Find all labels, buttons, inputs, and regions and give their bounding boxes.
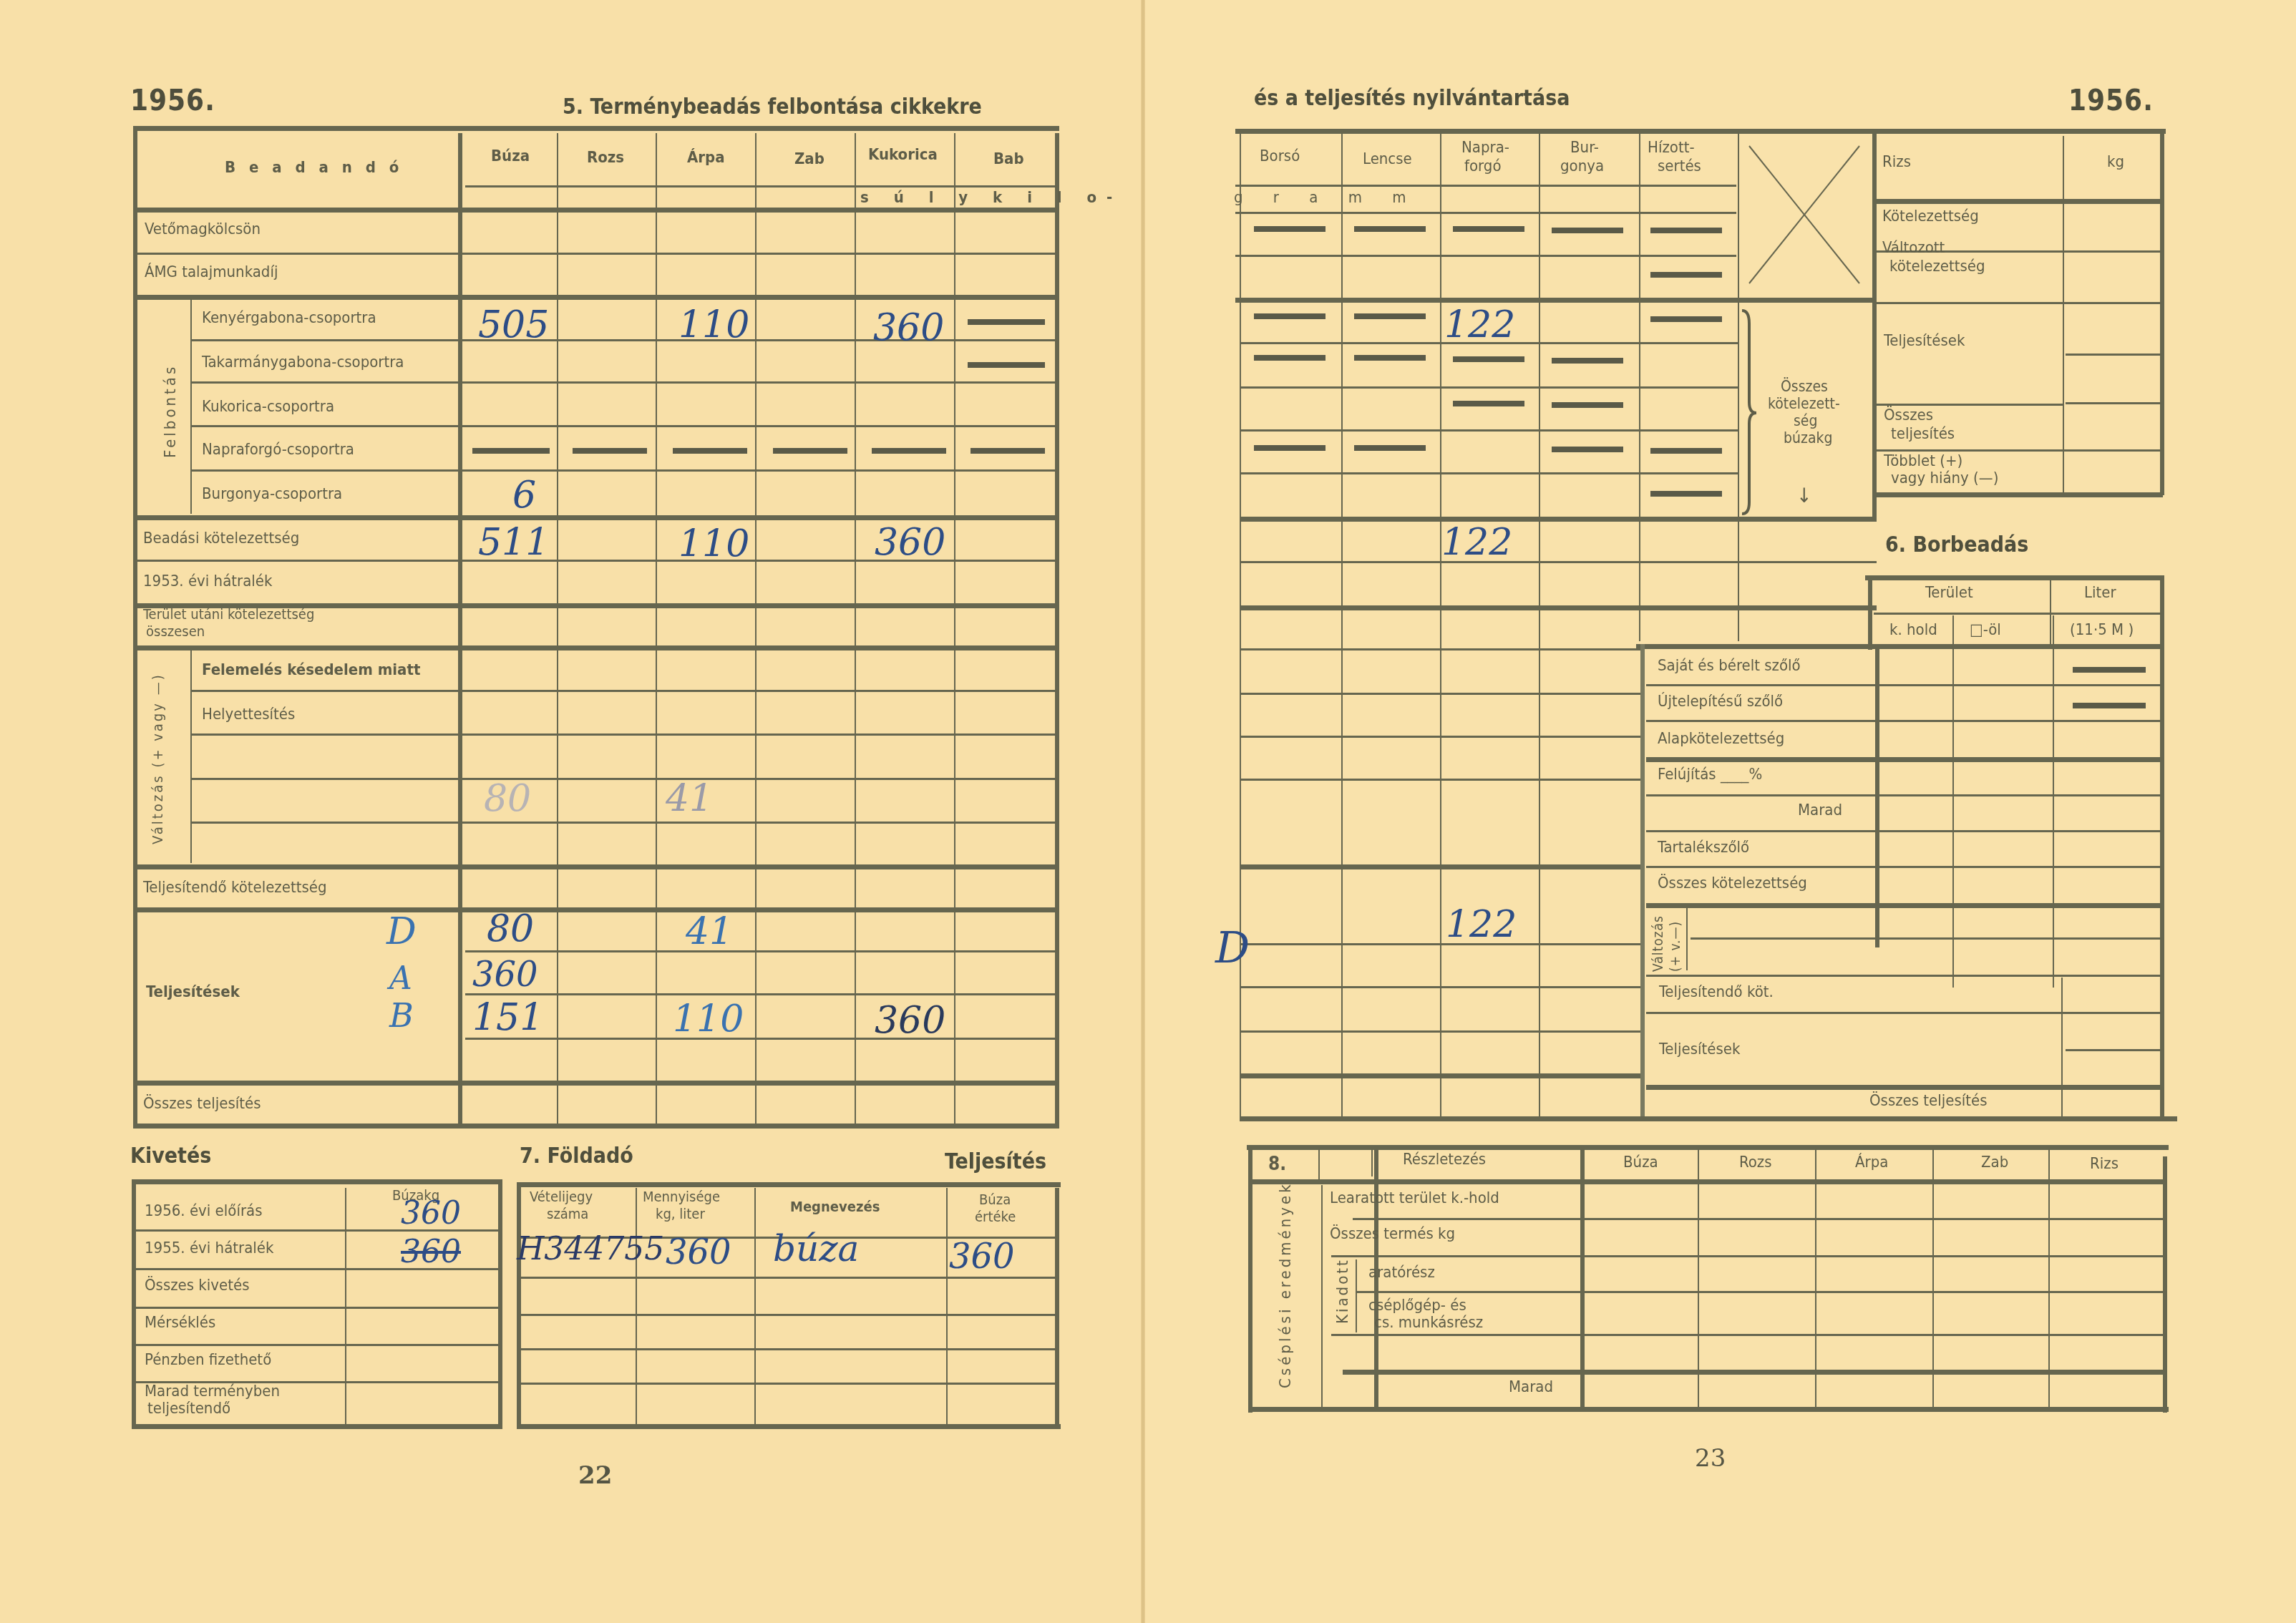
row-osszes-teljesites: Összes teljesítés	[143, 1095, 261, 1113]
t8-row-marad: Marad	[1509, 1378, 1553, 1396]
row-helyettesites: Helyettesítés	[202, 706, 295, 723]
left-page	[0, 0, 1144, 1623]
teljesites-title: Teljesítés	[945, 1149, 1046, 1174]
rizs-row-osszes-l1: Összes	[1884, 406, 1933, 424]
col-burgonya-l1: Bur-	[1570, 139, 1599, 157]
col-hizottsertes-l2: sertés	[1658, 157, 1701, 175]
hw-napraforgo-kenyer: 122	[1444, 303, 1515, 346]
t8-row-learatott: Learatott terület k.-hold	[1330, 1189, 1499, 1207]
col-buza: Búza	[491, 147, 530, 165]
bracket-icon	[1739, 309, 1761, 517]
kivetes-row-marad-l2: teljesítendő	[147, 1400, 230, 1418]
kivetes-row-marad-l1: Marad terményben	[145, 1383, 280, 1400]
arrow-down-icon: ↓	[1796, 484, 1811, 507]
rizs-row-tobblet-l2: vagy hiány (—)	[1891, 469, 1998, 487]
col-arpa: Árpa	[687, 149, 725, 167]
foldado-col-vetelijegy-l1: Vételijegy	[530, 1188, 593, 1205]
rizs-row-osszes-l2: teljesítés	[1891, 425, 1955, 443]
t8-col-zab: Zab	[1981, 1154, 2008, 1171]
foldado-col-buza-l1: Búza	[979, 1191, 1011, 1208]
hw-valtozas-arpa-faded: 41	[666, 777, 713, 820]
rizs-header: Rizs	[1882, 153, 1911, 171]
row-terulet-line1: Terület utáni kötelezettség	[143, 605, 314, 623]
bor-row-teljesitendo: Teljesítendő köt.	[1659, 983, 1774, 1001]
rizs-row-teljesitesek: Teljesítések	[1884, 332, 1965, 350]
t8-side-cseplesi: Cséplési eredmények	[1277, 1181, 1295, 1388]
rizs-row-valtozott-l2: kötelezettség	[1889, 258, 1985, 276]
bor-row-marad: Marad	[1798, 801, 1842, 819]
bor-sub-negyszogol: □-öl	[1970, 621, 2001, 639]
bracket-label-l4: búzakg	[1784, 429, 1832, 447]
na-dash	[968, 319, 1045, 325]
foldado-col-mennyiseg-l2: kg, liter	[656, 1205, 705, 1222]
col-kukorica: Kukorica	[868, 146, 938, 164]
t8-col-rizs: Rizs	[2090, 1155, 2119, 1173]
hw-beadasi-arpa: 110	[678, 522, 749, 565]
hw-beadasi-kukorica: 360	[875, 521, 945, 564]
hw-telj1-arpa: 41	[686, 910, 733, 953]
col-napraforgo-l2: forgó	[1464, 157, 1502, 175]
kivetes-title: Kivetés	[130, 1144, 211, 1169]
unit-gramm: g r a m m	[1234, 189, 1419, 207]
hw-telj3-arpa: 110	[673, 998, 744, 1040]
group-felbontas: Felbontás	[162, 364, 180, 458]
bor-valtozas-l1: Változás	[1650, 915, 1666, 972]
page-number-23: 23	[1695, 1444, 1726, 1473]
hw-burgonya-buza: 6	[512, 474, 536, 517]
unit-sulykilo: s ú l y k i l o-	[860, 189, 1122, 207]
year-left: 1956.	[130, 84, 215, 117]
na-dash	[472, 448, 550, 454]
t8-col-rozs: Rozs	[1739, 1154, 1772, 1171]
row-1953-hatralek: 1953. évi hátralék	[143, 572, 272, 590]
rizs-row-kotelezettseg: Kötelezettség	[1882, 208, 1979, 225]
hw-beadasi-buza: 511	[478, 521, 549, 564]
row-burgonya-csoport: Burgonya-csoportra	[202, 485, 342, 503]
t8-side-kiadott: Kiadott	[1334, 1258, 1352, 1324]
col-borso: Borsó	[1260, 147, 1300, 165]
hw-napraforgo-beadasi: 122	[1441, 521, 1512, 564]
bor-col-terulet: Terület	[1925, 584, 1973, 602]
row-beadasi-kotelezettseg: Beadási kötelezettség	[143, 530, 299, 547]
col-napraforgo-l1: Napra-	[1461, 139, 1509, 157]
page-number-22: 22	[578, 1461, 612, 1490]
foldado-title: 7. Földadó	[520, 1144, 633, 1169]
bor-valtozas-l2: (+ v.—)	[1668, 921, 1683, 972]
hw-telj1-buza: 80	[487, 907, 534, 950]
bor-row-ujtelepitesu: Újtelepítésű szőlő	[1658, 693, 1783, 711]
bor-row-osszes-kotelezettseg: Összes kötelezettség	[1658, 874, 1807, 892]
row-felemeles: Felemelés késedelem miatt	[202, 661, 420, 679]
book-spine	[1141, 0, 1145, 1623]
col-lencse: Lencse	[1363, 150, 1412, 168]
na-dash	[673, 448, 747, 454]
hw-mennyiseg: 360	[666, 1232, 731, 1272]
hw-telj-mark-d: D	[386, 910, 417, 953]
foldado-col-megnevezes: Megnevezés	[790, 1198, 880, 1215]
row-kukorica-csoport: Kukorica-csoportra	[202, 398, 334, 416]
t8-row-cseplo-l1: cséplőgép- és	[1368, 1297, 1466, 1315]
row-amg: ÁMG talajmunkadíj	[145, 263, 278, 281]
row-vetomagkolcson: Vetőmagkölcsön	[145, 220, 261, 238]
bracket-label-l2: kötelezett-	[1768, 395, 1840, 412]
na-dash	[971, 448, 1045, 454]
hw-kenyer-kukorica: 360	[873, 306, 944, 349]
row-terulet-line2: összesen	[146, 623, 205, 640]
bor-row-osszes-teljesites: Összes teljesítés	[1869, 1092, 1988, 1110]
hw-telj-mark-b: B	[389, 996, 414, 1035]
kivetes-row-merseklés: Mérséklés	[145, 1314, 215, 1332]
foldado-col-vetelijegy-l2: száma	[547, 1205, 588, 1222]
col-rozs: Rozs	[587, 149, 624, 167]
t8-row-osszes-termes: Összes termés kg	[1330, 1225, 1455, 1243]
bracket-label-l3: ség	[1794, 412, 1817, 429]
rizs-row-tobblet-l1: Többlet (+)	[1884, 452, 1962, 470]
bor-row-teljesitesek: Teljesítések	[1659, 1040, 1740, 1058]
kivetes-row-osszes: Összes kivetés	[145, 1277, 249, 1295]
hw-margin-mark: D	[1215, 923, 1250, 973]
right-subtitle: és a teljesítés nyilvántartása	[1254, 86, 1570, 111]
kivetes-row-penzben: Pénzben fizethető	[145, 1351, 271, 1369]
hw-telj3-kukorica: 360	[875, 999, 945, 1042]
col-zab: Zab	[794, 150, 824, 168]
header-beadando: B e a d a n d ó	[225, 159, 403, 177]
na-dash	[773, 448, 847, 454]
hw-telj-mark-a: A	[389, 960, 412, 997]
section-5-title: 5. Terménybeadás felbontása cikkekre	[563, 94, 982, 120]
na-dash	[968, 362, 1045, 368]
bor-sub-liter: (11·5 M )	[2070, 621, 2134, 639]
t8-col-reszletezes: Részletezés	[1403, 1151, 1486, 1169]
na-dash	[872, 448, 946, 454]
bor-row-felujitas: Felújítás ____%	[1658, 766, 1762, 784]
hw-napraforgo-teljesites: 122	[1446, 903, 1517, 946]
bor-col-liter: Liter	[2084, 584, 2116, 602]
hw-kivetes-hatralek-crossed: 360	[401, 1234, 461, 1270]
t8-row-cseplo-l2: cs. munkásrész	[1374, 1314, 1483, 1332]
col-hizottsertes-l1: Hízott-	[1648, 139, 1695, 157]
col-bab: Bab	[993, 150, 1024, 168]
table-8-number: 8.	[1268, 1154, 1286, 1175]
bor-sub-khold: k. hold	[1889, 621, 1937, 639]
bracket-label-l1: Összes	[1781, 378, 1828, 395]
group-valtozas: Változás (+ vagy —)	[149, 673, 166, 844]
t8-row-aratoresz: aratórész	[1368, 1264, 1435, 1282]
bor-row-alapkotelezettseg: Alapkötelezettség	[1658, 730, 1784, 748]
row-teljesitesek: Teljesítések	[146, 983, 240, 1001]
bor-row-tartalek: Tartalékszőlő	[1658, 839, 1749, 857]
hw-telj3-buza: 151	[472, 996, 543, 1039]
col-burgonya-l2: gonya	[1560, 157, 1604, 175]
foldado-col-mennyiseg-l1: Mennyisége	[643, 1188, 720, 1205]
row-napraforgo-csoport: Napraforgó-csoportra	[202, 441, 354, 459]
na-dash	[573, 448, 647, 454]
rizs-row-valtozott-l1: Változott	[1882, 239, 1945, 257]
t8-col-arpa: Árpa	[1855, 1154, 1888, 1171]
hw-buza-ertek: 360	[949, 1237, 1015, 1277]
hw-megnevezes: búza	[773, 1228, 859, 1269]
hw-valtozas-buza-faded: 80	[484, 777, 531, 820]
bor-row-sajat: Saját és bérelt szőlő	[1658, 657, 1801, 675]
hw-kivetes-eloiras: 360	[401, 1195, 461, 1232]
row-teljesitendo: Teljesítendő kötelezettség	[143, 879, 327, 897]
rizs-unit-kg: kg	[2107, 153, 2124, 171]
kivetes-row-hatralek: 1955. évi hátralék	[145, 1239, 273, 1257]
hw-kenyer-arpa: 110	[678, 303, 749, 346]
hw-telj2-buza: 360	[472, 955, 538, 995]
hw-kenyer-buza: 505	[478, 303, 549, 346]
row-takarmanygabona: Takarmánygabona-csoportra	[202, 354, 404, 371]
kivetes-row-eloiras: 1956. évi előírás	[145, 1202, 262, 1220]
t8-col-buza: Búza	[1623, 1154, 1658, 1171]
right-page	[1144, 0, 2296, 1623]
borbeadas-title: 6. Borbeadás	[1885, 532, 2028, 557]
crossed-out-box	[1743, 140, 1865, 292]
hw-vetelijegy: H344755	[517, 1231, 664, 1267]
foldado-col-buza-l2: értéke	[975, 1208, 1016, 1225]
row-kenyergabona: Kenyérgabona-csoportra	[202, 309, 376, 327]
year-right: 1956.	[2068, 84, 2154, 117]
